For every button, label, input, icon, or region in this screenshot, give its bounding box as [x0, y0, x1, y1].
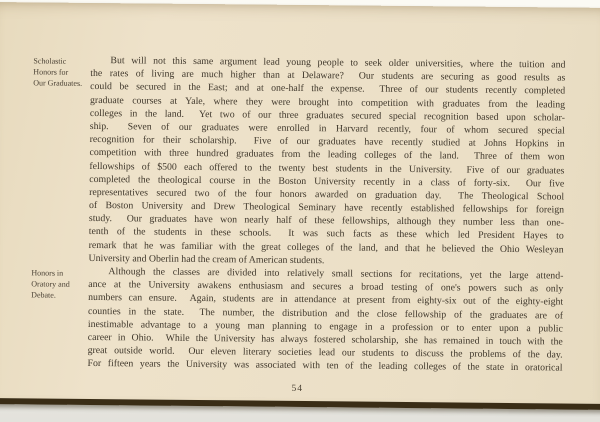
- body-text: But will not this same argument lead you…: [87, 54, 565, 375]
- page-number: 54: [0, 381, 600, 397]
- book-page: ScholasticHonors forOur Graduates. Honor…: [0, 2, 600, 410]
- scan-backdrop: ScholasticHonors forOur Graduates. Honor…: [0, 0, 600, 422]
